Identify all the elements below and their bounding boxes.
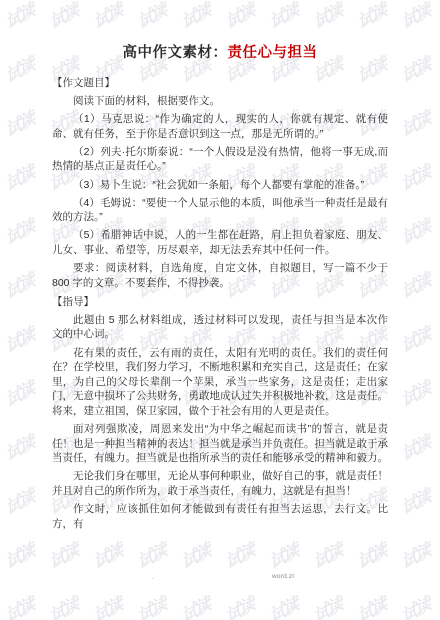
page-title-prefix: 高中作文素材： xyxy=(123,45,228,61)
paragraph: 要求：阅读材料，自选角度，自定文体，自拟题目，写一篇不少于 800 字的文章。不… xyxy=(52,261,388,290)
page-title: 高中作文素材：责任心与担当 xyxy=(52,44,388,62)
section-header: 【指导】 xyxy=(52,295,388,310)
watermark-stamp: 试读 xyxy=(222,589,256,620)
watermark-stamp: 试读 xyxy=(46,589,80,620)
paragraph: 面对列强欺凌，周恩来发出“为中华之崛起而读书”的誓言，就是责任！也是一种担当精神… xyxy=(52,422,388,466)
paragraph: 无论我们身在哪里，无论从事何种职业，做好自己的事，就是责任！并且对自己的所作所为… xyxy=(52,469,388,498)
footer-brand-text: word.zl xyxy=(272,573,294,580)
section-header: 【作文题目】 xyxy=(52,76,388,91)
watermark-stamp: 试读 xyxy=(178,589,212,620)
watermark-stamp: 试读 xyxy=(46,535,80,574)
paragraph: （1）马克思说：“作为确定的人，现实的人，你就有规定、就有使命、就有任务，至于你… xyxy=(52,112,388,141)
watermark-stamp: 试读 xyxy=(178,535,212,574)
paragraph: （4）毛姆说：“要使一个人显示他的本质，叫他承当一种责任是最有效的方法。” xyxy=(52,196,388,225)
paragraph: 此题由 5 那么材料组成，透过材料可以发现，责任与担当是本次作文的中心词。 xyxy=(52,313,388,342)
paragraph: （2）列夫·托尔斯泰说：“一个人假设是没有热情，他将一事无成,而热情的基点正是责… xyxy=(52,145,388,174)
watermark-stamp: 试读 xyxy=(354,535,388,574)
watermark-stamp: 试读 xyxy=(310,589,344,620)
footer-artifact-dot: . xyxy=(152,574,154,581)
watermark-stamp: 试读 xyxy=(398,589,432,620)
paragraph: （5）希腊神话中说，人的一生都在赶路，肩上担负着家庭、朋友、儿女、事业、希望等，… xyxy=(52,228,388,257)
watermark-stamp: 试读 xyxy=(398,535,432,574)
watermark-stamp: 试读 xyxy=(2,589,36,620)
watermark-stamp: 试读 xyxy=(2,535,36,574)
paragraph: 作文时，应该抓住如何才能做到有责任有担当去运思，去行文。比方，有 xyxy=(52,502,388,531)
watermark-stamp: 试读 xyxy=(134,589,168,620)
watermark-stamp: 试读 xyxy=(266,589,300,620)
paragraph: （3）易卜生说：“社会犹如一条船，每个人都要有掌舵的准备。” xyxy=(52,178,388,193)
watermark-stamp: 试读 xyxy=(90,535,124,574)
paragraph: 花有果的责任，云有雨的责任，太阳有光明的责任。我们的责任何在？在学校里，我们努力… xyxy=(52,346,388,419)
watermark-stamp: 试读 xyxy=(222,535,256,574)
page-footer: . word.zl xyxy=(0,573,440,585)
watermark-stamp: 试读 xyxy=(310,535,344,574)
watermark-stamp: 试读 xyxy=(90,589,124,620)
document-body: 【作文题目】阅读下面的材料，根据要作文。（1）马克思说：“作为确定的人，现实的人… xyxy=(52,76,388,531)
paragraph: 阅读下面的材料，根据要作文。 xyxy=(52,94,388,109)
watermark-stamp: 试读 xyxy=(266,535,300,574)
document-page: 高中作文素材：责任心与担当 【作文题目】阅读下面的材料，根据要作文。（1）马克思… xyxy=(0,0,440,531)
watermark-stamp: 试读 xyxy=(134,535,168,574)
watermark-stamp: 试读 xyxy=(354,589,388,620)
page-title-highlight: 责任心与担当 xyxy=(228,45,318,61)
